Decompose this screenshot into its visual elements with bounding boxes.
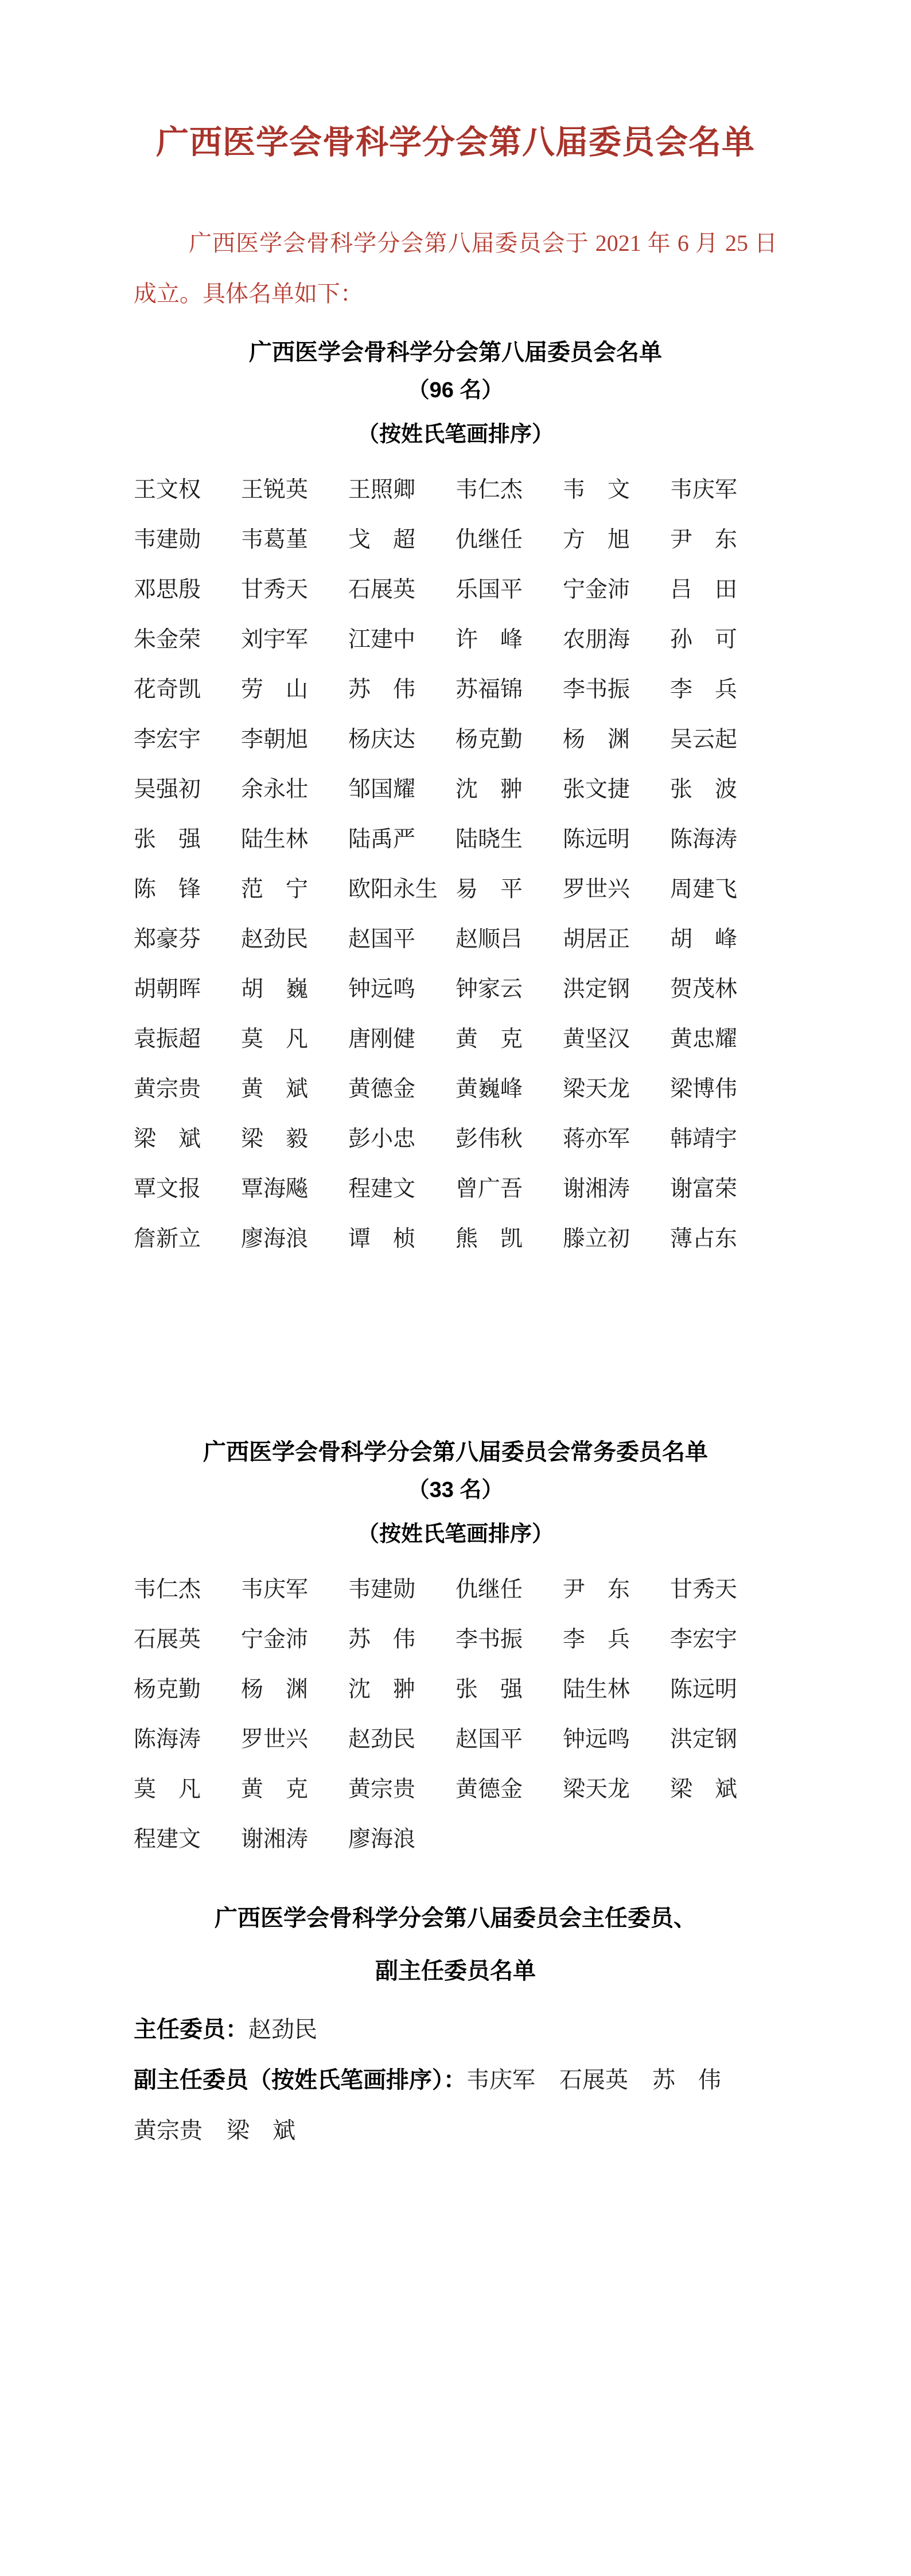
standing-committee-count: （33 名） [0, 1468, 911, 1512]
full-committee-sort-note: （按姓氏笔画排序） [0, 413, 911, 457]
member-name: 邹国耀 [348, 765, 455, 814]
member-name: 石展英 [348, 565, 455, 615]
member-name: 杨 渊 [563, 715, 670, 765]
member-name: 黄 克 [455, 1014, 563, 1064]
member-name: 李宏宇 [134, 715, 241, 765]
member-name: 韦庆军 [466, 2055, 535, 2105]
member-name: 胡 峰 [670, 914, 777, 964]
member-name: 李 兵 [670, 665, 777, 715]
member-name: 韦仁杰 [134, 1565, 241, 1615]
member-name: 沈 翀 [455, 765, 563, 814]
member-name: 杨 渊 [241, 1665, 348, 1714]
member-name: 花奇凯 [134, 665, 241, 715]
member-name: 李书振 [563, 665, 670, 715]
member-name: 方 旭 [563, 515, 670, 565]
member-name: 彭小忠 [348, 1114, 455, 1164]
member-name: 韦建勋 [348, 1565, 455, 1615]
member-name: 梁天龙 [563, 1064, 670, 1114]
member-name: 滕立初 [563, 1214, 670, 1264]
member-name: 黄 克 [241, 1764, 348, 1814]
chairman-line: 主任委员：赵劲民 [134, 2004, 782, 2055]
member-name: 赵劲民 [348, 1714, 455, 1764]
member-name: 覃文报 [134, 1164, 241, 1214]
member-name: 韦庆军 [670, 465, 777, 515]
member-name: 詹新立 [134, 1214, 241, 1264]
member-name: 谢湘涛 [241, 1814, 348, 1864]
member-name: 王照卿 [348, 465, 455, 515]
member-name: 黄坚汉 [563, 1014, 670, 1064]
intro-line-1: 广西医学会骨科学分会第八届委员会于 2021 年 6 月 25 日 [134, 218, 777, 269]
member-name: 黄巍峰 [455, 1064, 563, 1114]
member-name: 陆生林 [563, 1665, 670, 1714]
full-committee-section: 广西医学会骨科学分会第八届委员会名单 （96 名） （按姓氏笔画排序） 王文权王… [0, 336, 911, 1264]
member-name: 吕 田 [670, 565, 777, 615]
vice-chairmen-line: 副主任委员（按姓氏笔画排序）：韦庆军石展英苏 伟黄宗贵梁 斌 [134, 2055, 782, 2155]
member-name: 梁 斌 [134, 1114, 241, 1164]
member-name: 黄宗贵 [134, 2105, 203, 2155]
member-name: 李 兵 [563, 1615, 670, 1665]
member-name: 胡朝晖 [134, 964, 241, 1014]
member-name: 谢湘涛 [563, 1164, 670, 1214]
member-name: 吴云起 [670, 715, 777, 765]
member-name: 薄占东 [670, 1214, 777, 1264]
member-name: 廖海浪 [348, 1814, 455, 1864]
chairman-label: 主任委员： [134, 2017, 248, 2042]
member-name: 苏福锦 [455, 665, 563, 715]
member-name: 吴强初 [134, 765, 241, 814]
member-name: 谢富荣 [670, 1164, 777, 1214]
member-name: 郑豪芬 [134, 914, 241, 964]
member-name: 陈海涛 [134, 1714, 241, 1764]
chair-heading-line-2: 副主任委员名单 [0, 1945, 911, 1997]
member-name: 赵劲民 [241, 914, 348, 964]
chairman-name: 赵劲民 [248, 2016, 317, 2042]
member-name: 陆禹严 [348, 814, 455, 864]
vice-chairmen-label: 副主任委员（按姓氏笔画排序）： [134, 2067, 466, 2093]
member-name: 农朋海 [563, 615, 670, 665]
member-name: 钟远鸣 [563, 1714, 670, 1764]
member-name: 甘秀天 [670, 1565, 777, 1615]
member-name: 曾广吾 [455, 1164, 563, 1214]
member-name: 钟家云 [455, 964, 563, 1014]
member-name: 苏 伟 [348, 1615, 455, 1665]
standing-committee-section: 广西医学会骨科学分会第八届委员会常务委员名单 （33 名） （按姓氏笔画排序） … [0, 1436, 911, 1864]
member-name: 韦建勋 [134, 515, 241, 565]
member-name: 陈海涛 [670, 814, 777, 864]
member-name: 范 宁 [241, 864, 348, 914]
chair-section-heading: 广西医学会骨科学分会第八届委员会主任委员、 副主任委员名单 [0, 1892, 911, 1997]
member-name: 王锐英 [241, 465, 348, 515]
member-name: 赵顺吕 [455, 914, 563, 964]
full-committee-heading: 广西医学会骨科学分会第八届委员会名单 [0, 336, 911, 368]
member-name: 杨庆达 [348, 715, 455, 765]
member-name: 赵国平 [348, 914, 455, 964]
member-name: 胡居正 [563, 914, 670, 964]
member-name: 孙 可 [670, 615, 777, 665]
member-name: 莫 凡 [241, 1014, 348, 1064]
member-name: 袁振超 [134, 1014, 241, 1064]
member-name: 张 强 [455, 1665, 563, 1714]
member-name: 刘宇军 [241, 615, 348, 665]
member-name: 江建中 [348, 615, 455, 665]
member-name: 黄宗贵 [134, 1064, 241, 1114]
member-name: 梁 斌 [670, 1764, 777, 1814]
member-name: 甘秀天 [241, 565, 348, 615]
intro-paragraph: 广西医学会骨科学分会第八届委员会于 2021 年 6 月 25 日 成立。具体名… [134, 218, 777, 319]
member-name: 王文权 [134, 465, 241, 515]
member-name: 程建文 [134, 1814, 241, 1864]
member-name: 陈远明 [563, 814, 670, 864]
member-name: 黄德金 [348, 1064, 455, 1114]
member-name: 周建飞 [670, 864, 777, 914]
member-name: 唐刚健 [348, 1014, 455, 1064]
intro-line-2: 成立。具体名单如下： [134, 269, 777, 319]
member-name: 洪定钢 [563, 964, 670, 1014]
member-name: 仇继任 [455, 1565, 563, 1615]
member-name: 贺茂林 [670, 964, 777, 1014]
member-name: 熊 凯 [455, 1214, 563, 1264]
member-name: 黄宗贵 [348, 1764, 455, 1814]
member-name: 梁博伟 [670, 1064, 777, 1114]
member-name: 杨克勤 [134, 1665, 241, 1714]
document-page: 广西医学会骨科学分会第八届委员会名单 广西医学会骨科学分会第八届委员会于 202… [0, 0, 911, 2576]
member-name: 苏 伟 [652, 2055, 721, 2105]
member-name: 张 强 [134, 814, 241, 864]
document-title: 广西医学会骨科学分会第八届委员会名单 [0, 0, 911, 168]
full-committee-count: （96 名） [0, 368, 911, 413]
member-name: 戈 超 [348, 515, 455, 565]
member-name: 石展英 [559, 2055, 628, 2105]
member-name: 韦葛堇 [241, 515, 348, 565]
member-name: 蒋亦军 [563, 1114, 670, 1164]
member-name: 邓思殷 [134, 565, 241, 615]
member-name: 欧阳永生 [348, 864, 455, 914]
member-name: 胡 巍 [241, 964, 348, 1014]
member-name: 梁 斌 [227, 2105, 295, 2155]
member-name: 沈 翀 [348, 1665, 455, 1714]
member-name: 廖海浪 [241, 1214, 348, 1264]
standing-committee-heading: 广西医学会骨科学分会第八届委员会常务委员名单 [0, 1436, 911, 1468]
member-name: 韦 文 [563, 465, 670, 515]
member-name: 彭伟秋 [455, 1114, 563, 1164]
member-name: 李朝旭 [241, 715, 348, 765]
member-name: 陆生林 [241, 814, 348, 864]
member-name: 黄 斌 [241, 1064, 348, 1114]
member-name: 莫 凡 [134, 1764, 241, 1814]
member-name: 石展英 [134, 1615, 241, 1665]
member-name: 尹 东 [670, 515, 777, 565]
standing-committee-name-grid: 韦仁杰韦庆军韦建勋仇继任尹 东甘秀天石展英宁金沛苏 伟李书振李 兵李宏宇杨克勤杨… [134, 1565, 911, 1864]
member-name: 张 波 [670, 765, 777, 814]
member-name: 黄忠耀 [670, 1014, 777, 1064]
member-name: 陆晓生 [455, 814, 563, 864]
member-name: 罗世兴 [563, 864, 670, 914]
member-name: 劳 山 [241, 665, 348, 715]
member-name: 程建文 [348, 1164, 455, 1214]
member-name: 黄德金 [455, 1764, 563, 1814]
standing-committee-sort-note: （按姓氏笔画排序） [0, 1512, 911, 1557]
member-name: 易 平 [455, 864, 563, 914]
member-name: 余永壮 [241, 765, 348, 814]
member-name: 陈远明 [670, 1665, 777, 1714]
member-name: 罗世兴 [241, 1714, 348, 1764]
member-name: 梁 毅 [241, 1114, 348, 1164]
member-name: 陈 锋 [134, 864, 241, 914]
member-name: 谭 桢 [348, 1214, 455, 1264]
member-name: 李书振 [455, 1615, 563, 1665]
member-name: 韦庆军 [241, 1565, 348, 1615]
full-committee-name-grid: 王文权王锐英王照卿韦仁杰韦 文韦庆军韦建勋韦葛堇戈 超仇继任方 旭尹 东邓思殷甘… [134, 465, 911, 1264]
chair-heading-line-1: 广西医学会骨科学分会第八届委员会主任委员、 [0, 1892, 911, 1945]
member-name: 杨克勤 [455, 715, 563, 765]
member-name: 韦仁杰 [455, 465, 563, 515]
member-name: 仇继任 [455, 515, 563, 565]
member-name: 韩靖宇 [670, 1114, 777, 1164]
member-name: 洪定钢 [670, 1714, 777, 1764]
member-name: 许 峰 [455, 615, 563, 665]
member-name: 覃海飚 [241, 1164, 348, 1214]
member-name: 宁金沛 [241, 1615, 348, 1665]
member-name: 尹 东 [563, 1565, 670, 1615]
member-name: 朱金荣 [134, 615, 241, 665]
member-name: 梁天龙 [563, 1764, 670, 1814]
member-name: 赵国平 [455, 1714, 563, 1764]
member-name: 宁金沛 [563, 565, 670, 615]
chair-section: 广西医学会骨科学分会第八届委员会主任委员、 副主任委员名单 主任委员：赵劲民 副… [0, 1892, 911, 2155]
member-name: 乐国平 [455, 565, 563, 615]
member-name: 张文捷 [563, 765, 670, 814]
member-name: 钟远鸣 [348, 964, 455, 1014]
member-name: 苏 伟 [348, 665, 455, 715]
member-name: 李宏宇 [670, 1615, 777, 1665]
